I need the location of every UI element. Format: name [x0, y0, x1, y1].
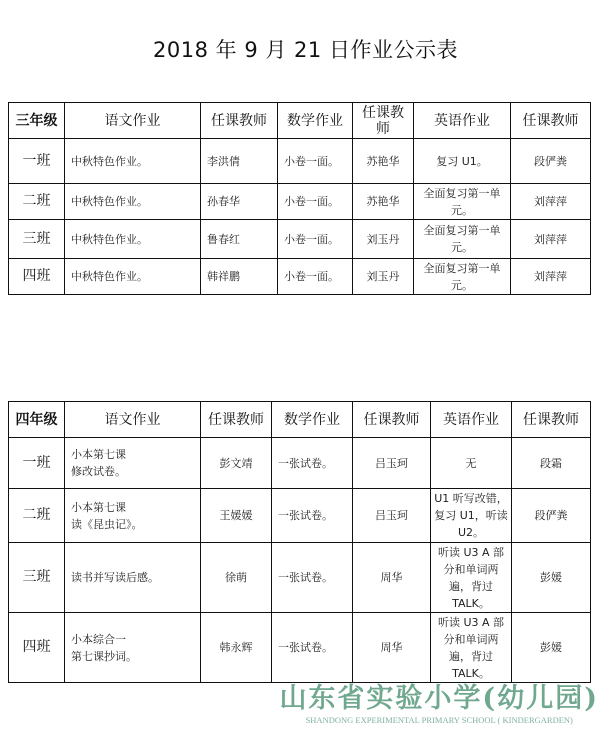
math-homework: 小卷一面。 — [278, 259, 353, 295]
table-row: 二班 小本第七课 读《昆虫记》。 王媛媛 一张试卷。 吕玉珂 U1 听写改错，复… — [9, 489, 591, 543]
header-chinese-teacher: 任课教师 — [201, 103, 278, 139]
chinese-teacher: 鲁春红 — [201, 220, 278, 259]
header-math: 数学作业 — [272, 402, 353, 438]
math-teacher: 刘玉丹 — [353, 259, 414, 295]
chinese-teacher: 韩祥鹏 — [201, 259, 278, 295]
page-title: 2018 年 9 月 21 日作业公示表 — [0, 34, 611, 64]
chinese-homework-line2: 修改试卷。 — [71, 463, 197, 480]
english-teacher: 彭媛 — [512, 543, 591, 613]
english-teacher: 刘萍萍 — [511, 259, 591, 295]
chinese-homework: 小本第七课 读《昆虫记》。 — [65, 489, 201, 543]
header-math: 数学作业 — [278, 103, 353, 139]
chinese-homework: 中秋特色作业。 — [65, 184, 201, 220]
watermark-chinese-name: 山东省实验小学(幼儿园) — [279, 683, 599, 715]
table-header-row: 三年级 语文作业 任课教师 数学作业 任课教师 英语作业 任课教师 — [9, 103, 591, 139]
class-name: 一班 — [9, 139, 65, 184]
school-watermark-logo: 山东省实验小学(幼儿园) SHANDONG EXPERIMENTAL PRIMA… — [279, 683, 599, 726]
math-teacher: 吕玉珂 — [353, 489, 431, 543]
chinese-teacher: 徐萌 — [201, 543, 272, 613]
header-math-teacher: 任课教师 — [353, 402, 431, 438]
chinese-homework: 读书并写读后感。 — [65, 543, 201, 613]
chinese-homework: 中秋特色作业。 — [65, 259, 201, 295]
chinese-teacher: 王媛媛 — [201, 489, 272, 543]
table-row: 一班 小本第七课 修改试卷。 彭文靖 一张试卷。 吕玉珂 无 段霜 — [9, 438, 591, 489]
math-homework: 一张试卷。 — [272, 489, 353, 543]
math-teacher: 苏艳华 — [353, 184, 414, 220]
english-homework: 听读 U3 A 部分和单词两遍，背过 TALK。 — [431, 543, 512, 613]
english-homework: 听读 U3 A 部分和单词两遍，背过 TALK。 — [431, 613, 512, 683]
chinese-homework: 中秋特色作业。 — [65, 220, 201, 259]
english-homework: 全面复习第一单元。 — [414, 184, 511, 220]
english-homework: 全面复习第一单元。 — [414, 220, 511, 259]
header-grade: 三年级 — [9, 103, 65, 139]
grade4-homework-table: 四年级 语文作业 任课教师 数学作业 任课教师 英语作业 任课教师 一班 小本第… — [8, 401, 591, 683]
math-teacher: 周华 — [353, 543, 431, 613]
english-homework: 复习 U1。 — [414, 139, 511, 184]
chinese-homework: 小本第七课 修改试卷。 — [65, 438, 201, 489]
english-homework: U1 听写改错，复习 U1，听读 U2。 — [431, 489, 512, 543]
class-name: 四班 — [9, 613, 65, 683]
english-teacher: 刘萍萍 — [511, 220, 591, 259]
english-teacher: 彭媛 — [512, 613, 591, 683]
chinese-homework-line2: 第七课抄词。 — [71, 648, 197, 665]
header-english: 英语作业 — [431, 402, 512, 438]
table-header-row: 四年级 语文作业 任课教师 数学作业 任课教师 英语作业 任课教师 — [9, 402, 591, 438]
math-teacher: 刘玉丹 — [353, 220, 414, 259]
chinese-teacher: 李洪倩 — [201, 139, 278, 184]
class-name: 四班 — [9, 259, 65, 295]
english-homework: 无 — [431, 438, 512, 489]
math-homework: 一张试卷。 — [272, 613, 353, 683]
header-english: 英语作业 — [414, 103, 511, 139]
english-teacher: 段俨粪 — [511, 139, 591, 184]
math-homework: 小卷一面。 — [278, 184, 353, 220]
chinese-teacher: 彭文靖 — [201, 438, 272, 489]
class-name: 二班 — [9, 489, 65, 543]
chinese-teacher: 孙春华 — [201, 184, 278, 220]
header-english-teacher: 任课教师 — [511, 103, 591, 139]
class-name: 一班 — [9, 438, 65, 489]
chinese-homework: 小本综合一 第七课抄词。 — [65, 613, 201, 683]
english-homework: 全面复习第一单元。 — [414, 259, 511, 295]
header-chinese: 语文作业 — [65, 103, 201, 139]
header-english-teacher: 任课教师 — [512, 402, 591, 438]
math-homework: 一张试卷。 — [272, 438, 353, 489]
chinese-homework-line1: 小本第七课 — [71, 446, 197, 463]
header-chinese: 语文作业 — [65, 402, 201, 438]
math-homework: 一张试卷。 — [272, 543, 353, 613]
watermark-english-name: SHANDONG EXPERIMENTAL PRIMARY SCHOOL ( K… — [279, 715, 599, 726]
math-teacher: 周华 — [353, 613, 431, 683]
table-row: 四班 中秋特色作业。 韩祥鹏 小卷一面。 刘玉丹 全面复习第一单元。 刘萍萍 — [9, 259, 591, 295]
english-teacher: 段霜 — [512, 438, 591, 489]
header-math-teacher: 任课教师 — [353, 103, 414, 139]
grade3-homework-table: 三年级 语文作业 任课教师 数学作业 任课教师 英语作业 任课教师 一班 中秋特… — [8, 102, 591, 295]
class-name: 二班 — [9, 184, 65, 220]
table-row: 二班 中秋特色作业。 孙春华 小卷一面。 苏艳华 全面复习第一单元。 刘萍萍 — [9, 184, 591, 220]
math-homework: 小卷一面。 — [278, 139, 353, 184]
table-row: 三班 中秋特色作业。 鲁春红 小卷一面。 刘玉丹 全面复习第一单元。 刘萍萍 — [9, 220, 591, 259]
header-grade: 四年级 — [9, 402, 65, 438]
table-row: 一班 中秋特色作业。 李洪倩 小卷一面。 苏艳华 复习 U1。 段俨粪 — [9, 139, 591, 184]
class-name: 三班 — [9, 543, 65, 613]
chinese-homework-line1: 小本第七课 — [71, 499, 197, 516]
chinese-teacher: 韩永辉 — [201, 613, 272, 683]
header-chinese-teacher: 任课教师 — [201, 402, 272, 438]
table-row: 四班 小本综合一 第七课抄词。 韩永辉 一张试卷。 周华 听读 U3 A 部分和… — [9, 613, 591, 683]
english-teacher: 刘萍萍 — [511, 184, 591, 220]
table-row: 三班 读书并写读后感。 徐萌 一张试卷。 周华 听读 U3 A 部分和单词两遍，… — [9, 543, 591, 613]
chinese-homework: 中秋特色作业。 — [65, 139, 201, 184]
chinese-homework-line2: 读《昆虫记》。 — [71, 516, 197, 533]
class-name: 三班 — [9, 220, 65, 259]
math-teacher: 苏艳华 — [353, 139, 414, 184]
math-teacher: 吕玉珂 — [353, 438, 431, 489]
chinese-homework-line1: 小本综合一 — [71, 631, 197, 648]
english-teacher: 段俨粪 — [512, 489, 591, 543]
math-homework: 小卷一面。 — [278, 220, 353, 259]
